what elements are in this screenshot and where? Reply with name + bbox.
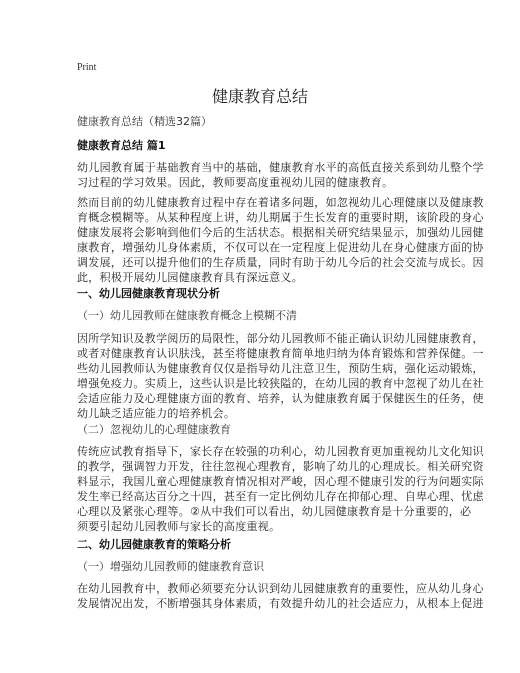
text-line: 康教育，增强幼儿身体素质，不仅可以在一定程度上促进幼儿在身心健康方面的协 [77, 241, 447, 256]
print-label: Print [77, 62, 96, 74]
part1-sub2-heading: （二）忽视幼儿的心理健康教育 [77, 423, 231, 437]
text-line: 的教学，强调智力开发，往往忽视心理教育，影响了幼儿的心理成长。相关研究资 [77, 460, 447, 475]
text-line: 发展情况出发，不断增强其身体素质，有效提升幼儿的社会适应力，从根本上促进 [77, 597, 447, 612]
part2-sub1-heading: （一）增强幼儿园教师的健康教育意识 [77, 560, 264, 574]
text-line: 此，积极开展幼儿园健康教育具有深远意义。 [77, 271, 447, 286]
document-page: Print 健康教育总结 健康教育总结（精选32篇） 健康教育总结 篇1 幼儿园… [0, 0, 520, 673]
text-line: 发生率已经高达百分之十四，甚至有一定比例幼儿存在抑郁心理、自卑心理、忧虑 [77, 490, 447, 505]
text-line: 健康发展将会影响到他们今后的生活状态。根据相关研究结果显示，加强幼儿园健 [77, 226, 447, 241]
text-line: 些幼儿园教师认为健康教育仅仅是指导幼儿注意卫生，预防生病，强化运动锻炼， [77, 362, 447, 377]
document-title: 健康教育总结 [0, 87, 520, 107]
part1-sub1-heading: （一）幼儿园教师在健康教育概念上模糊不清 [77, 309, 297, 323]
text-line: 须要引起幼儿园教师与家长的高度重视。 [77, 520, 447, 535]
text-line: 育概念模糊等。从某种程度上讲，幼儿期属于生长发育的重要时期，该阶段的身心 [77, 211, 447, 226]
text-line: 传统应试教育指导下，家长存在较强的功利心，幼儿园教育更加重视幼儿文化知识 [77, 445, 447, 460]
section-heading: 健康教育总结 篇1 [77, 139, 165, 153]
text-line: 调发展，还可以提升他们的生存质量，同时有助于幼儿今后的社会交流与成长。因 [77, 256, 447, 271]
part1-sub1-paragraph: 因所学知识及教学阅历的局限性，部分幼儿园教师不能正确认识幼儿园健康教育， 或者对… [77, 332, 447, 421]
text-line: 增强免疫力。实质上，这些认识是比较狭隘的，在幼儿园的教育中忽视了幼儿在社 [77, 377, 447, 392]
text-line: 习过程的学习效果。因此，教师要高度重视幼儿园的健康教育。 [77, 176, 447, 191]
text-line: 料显示，我国儿童心理健康教育情况相对严峻，因心理不健康引发的行为问题实际 [77, 475, 447, 490]
text-line: 因所学知识及教学阅历的局限性，部分幼儿园教师不能正确认识幼儿园健康教育， [77, 332, 447, 347]
text-line: 幼儿园教育属于基础教育当中的基础，健康教育水平的高低直接关系到幼儿整个学 [77, 161, 447, 176]
text-line: 然而目前的幼儿健康教育过程中存在着诸多问题，如忽视幼儿心理健康以及健康教 [77, 196, 447, 211]
paragraph-intro-2: 然而目前的幼儿健康教育过程中存在着诸多问题，如忽视幼儿心理健康以及健康教 育概念… [77, 196, 447, 285]
part2-heading: 二、幼儿园健康教育的策略分析 [77, 538, 231, 552]
document-subtitle: 健康教育总结（精选32篇） [77, 115, 212, 129]
text-line: 会适应能力及心理健康方面的教育、培养，认为健康教育属于保健医生的任务，使 [77, 392, 447, 407]
part1-sub2-paragraph: 传统应试教育指导下，家长存在较强的功利心，幼儿园教育更加重视幼儿文化知识 的教学… [77, 445, 447, 534]
text-line: 幼儿缺乏适应能力的培养机会。 [77, 407, 447, 422]
paragraph-intro-1: 幼儿园教育属于基础教育当中的基础，健康教育水平的高低直接关系到幼儿整个学 习过程… [77, 161, 447, 191]
text-line: 或者对健康教育认识肤浅，甚至将健康教育简单地归纳为体育锻炼和营养保健。一 [77, 347, 447, 362]
part1-heading: 一、幼儿园健康教育现状分析 [77, 287, 220, 301]
part2-sub1-paragraph: 在幼儿园教育中，教师必须要充分认识到幼儿园健康教育的重要性，应从幼儿身心 发展情… [77, 582, 447, 612]
text-line: 心理以及紧张心理等。②从中我们可以看出，幼儿园健康教育是十分重要的，必 [77, 505, 447, 520]
text-line: 在幼儿园教育中，教师必须要充分认识到幼儿园健康教育的重要性，应从幼儿身心 [77, 582, 447, 597]
